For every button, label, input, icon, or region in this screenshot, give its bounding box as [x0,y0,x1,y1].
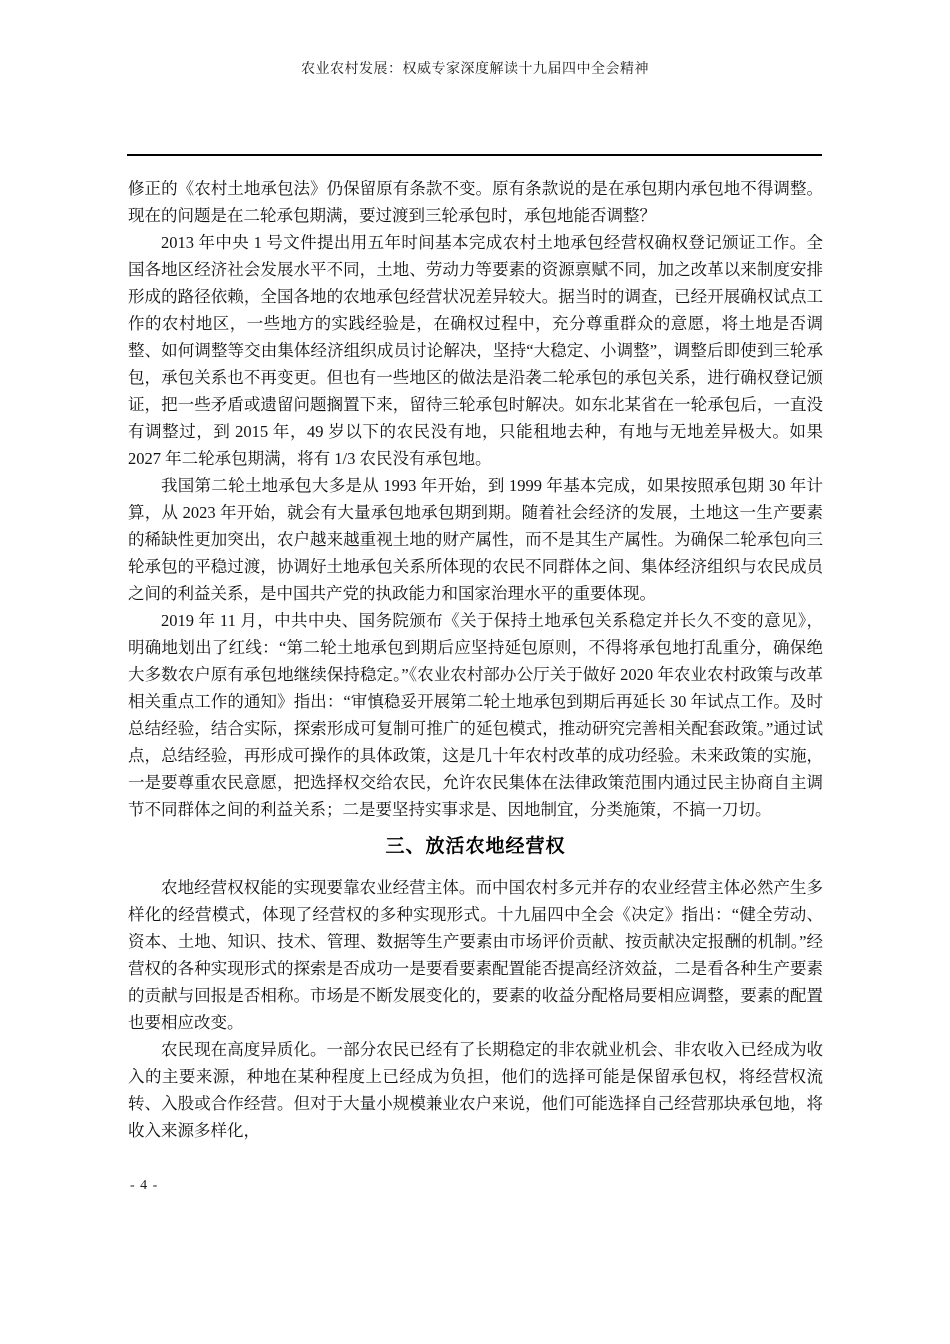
body-paragraph: 农地经营权权能的实现要靠农业经营主体。而中国农村多元并存的农业经营主体必然产生多… [128,874,823,1036]
body-paragraph: 2019 年 11 月，中共中央、国务院颁布《关于保持土地承包关系稳定并长久不变… [128,607,823,823]
body-paragraph: 修正的《农村土地承包法》仍保留原有条款不变。原有条款说的是在承包期内承包地不得调… [128,175,823,229]
document-body: 修正的《农村土地承包法》仍保留原有条款不变。原有条款说的是在承包期内承包地不得调… [128,175,823,1144]
document-page: 农业农村发展：权威专家深度解读十九届四中全会精神 修正的《农村土地承包法》仍保留… [0,0,950,1344]
body-paragraph: 2013 年中央 1 号文件提出用五年时间基本完成农村土地承包经营权确权登记颁证… [128,229,823,472]
page-header-title: 农业农村发展：权威专家深度解读十九届四中全会精神 [0,58,950,78]
body-paragraph: 农民现在高度异质化。一部分农民已经有了长期稳定的非农就业机会、非农收入已经成为收… [128,1036,823,1144]
body-paragraph: 我国第二轮土地承包大多是从 1993 年开始，到 1999 年基本完成，如果按照… [128,472,823,607]
section-heading: 三、放活农地经营权 [128,832,823,862]
header-divider [127,154,822,156]
page-number: - 4 - [130,1178,158,1194]
